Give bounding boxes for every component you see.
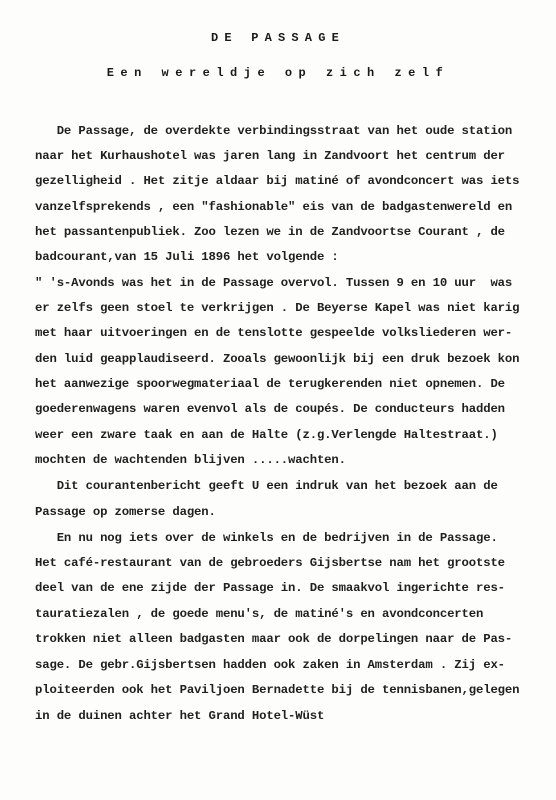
text-line: het aanwezige spoorwegmateriaal de terug…: [35, 377, 505, 391]
text-line: Passage op zomerse dagen.: [35, 505, 216, 519]
text-line: Het café-restaurant van de gebroeders Gi…: [35, 556, 505, 570]
text-line: met haar uitvoeringen en de tenslotte ge…: [35, 326, 512, 340]
text-line: De Passage, de overdekte verbindingsstra…: [35, 124, 512, 138]
text-line: gezelligheid . Het zitje aldaar bij mati…: [35, 174, 519, 188]
text-line: het passantenpubliek. Zoo lezen we in de…: [35, 225, 505, 239]
text-line: tauratiezalen , de goede menu's, de mati…: [35, 607, 483, 621]
text-line: weer een zware taak en aan de Halte (z.g…: [35, 428, 498, 442]
text-line: den luid geapplaudiseerd. Zooals gewoonl…: [35, 352, 519, 366]
text-line: vanzelfsprekends , een "fashionable" eis…: [35, 200, 512, 214]
text-line: goederenwagens waren evenvol als de coup…: [35, 402, 505, 416]
text-line: er zelfs geen stoel te verkrijgen . De B…: [35, 301, 519, 315]
text-line: badcourant,van 15 Juli 1896 het volgende…: [35, 250, 339, 264]
text-line: naar het Kurhaushotel was jaren lang in …: [35, 149, 505, 163]
document-subtitle: Een wereldje op zich zelf: [0, 66, 556, 80]
text-line: deel van de ene zijde der Passage in. De…: [35, 581, 505, 595]
document-title: DE PASSAGE: [0, 31, 556, 45]
text-line: sage. De gebr.Gijsbertsen hadden ook zak…: [35, 658, 505, 672]
text-line: trokken niet alleen badgasten maar ook d…: [35, 632, 512, 646]
text-line: in de duinen achter het Grand Hotel-Wüst: [35, 709, 324, 723]
text-line: " 's-Avonds was het in de Passage overvo…: [35, 276, 512, 290]
text-line: mochten de wachtenden blijven .....wacht…: [35, 453, 346, 467]
text-line: En nu nog iets over de winkels en de bed…: [35, 531, 498, 545]
text-line: ploiteerden ook het Paviljoen Bernadette…: [35, 683, 519, 697]
text-line: Dit courantenbericht geeft U een indruk …: [35, 479, 498, 493]
typewritten-page: DE PASSAGE Een wereldje op zich zelf De …: [0, 0, 556, 800]
